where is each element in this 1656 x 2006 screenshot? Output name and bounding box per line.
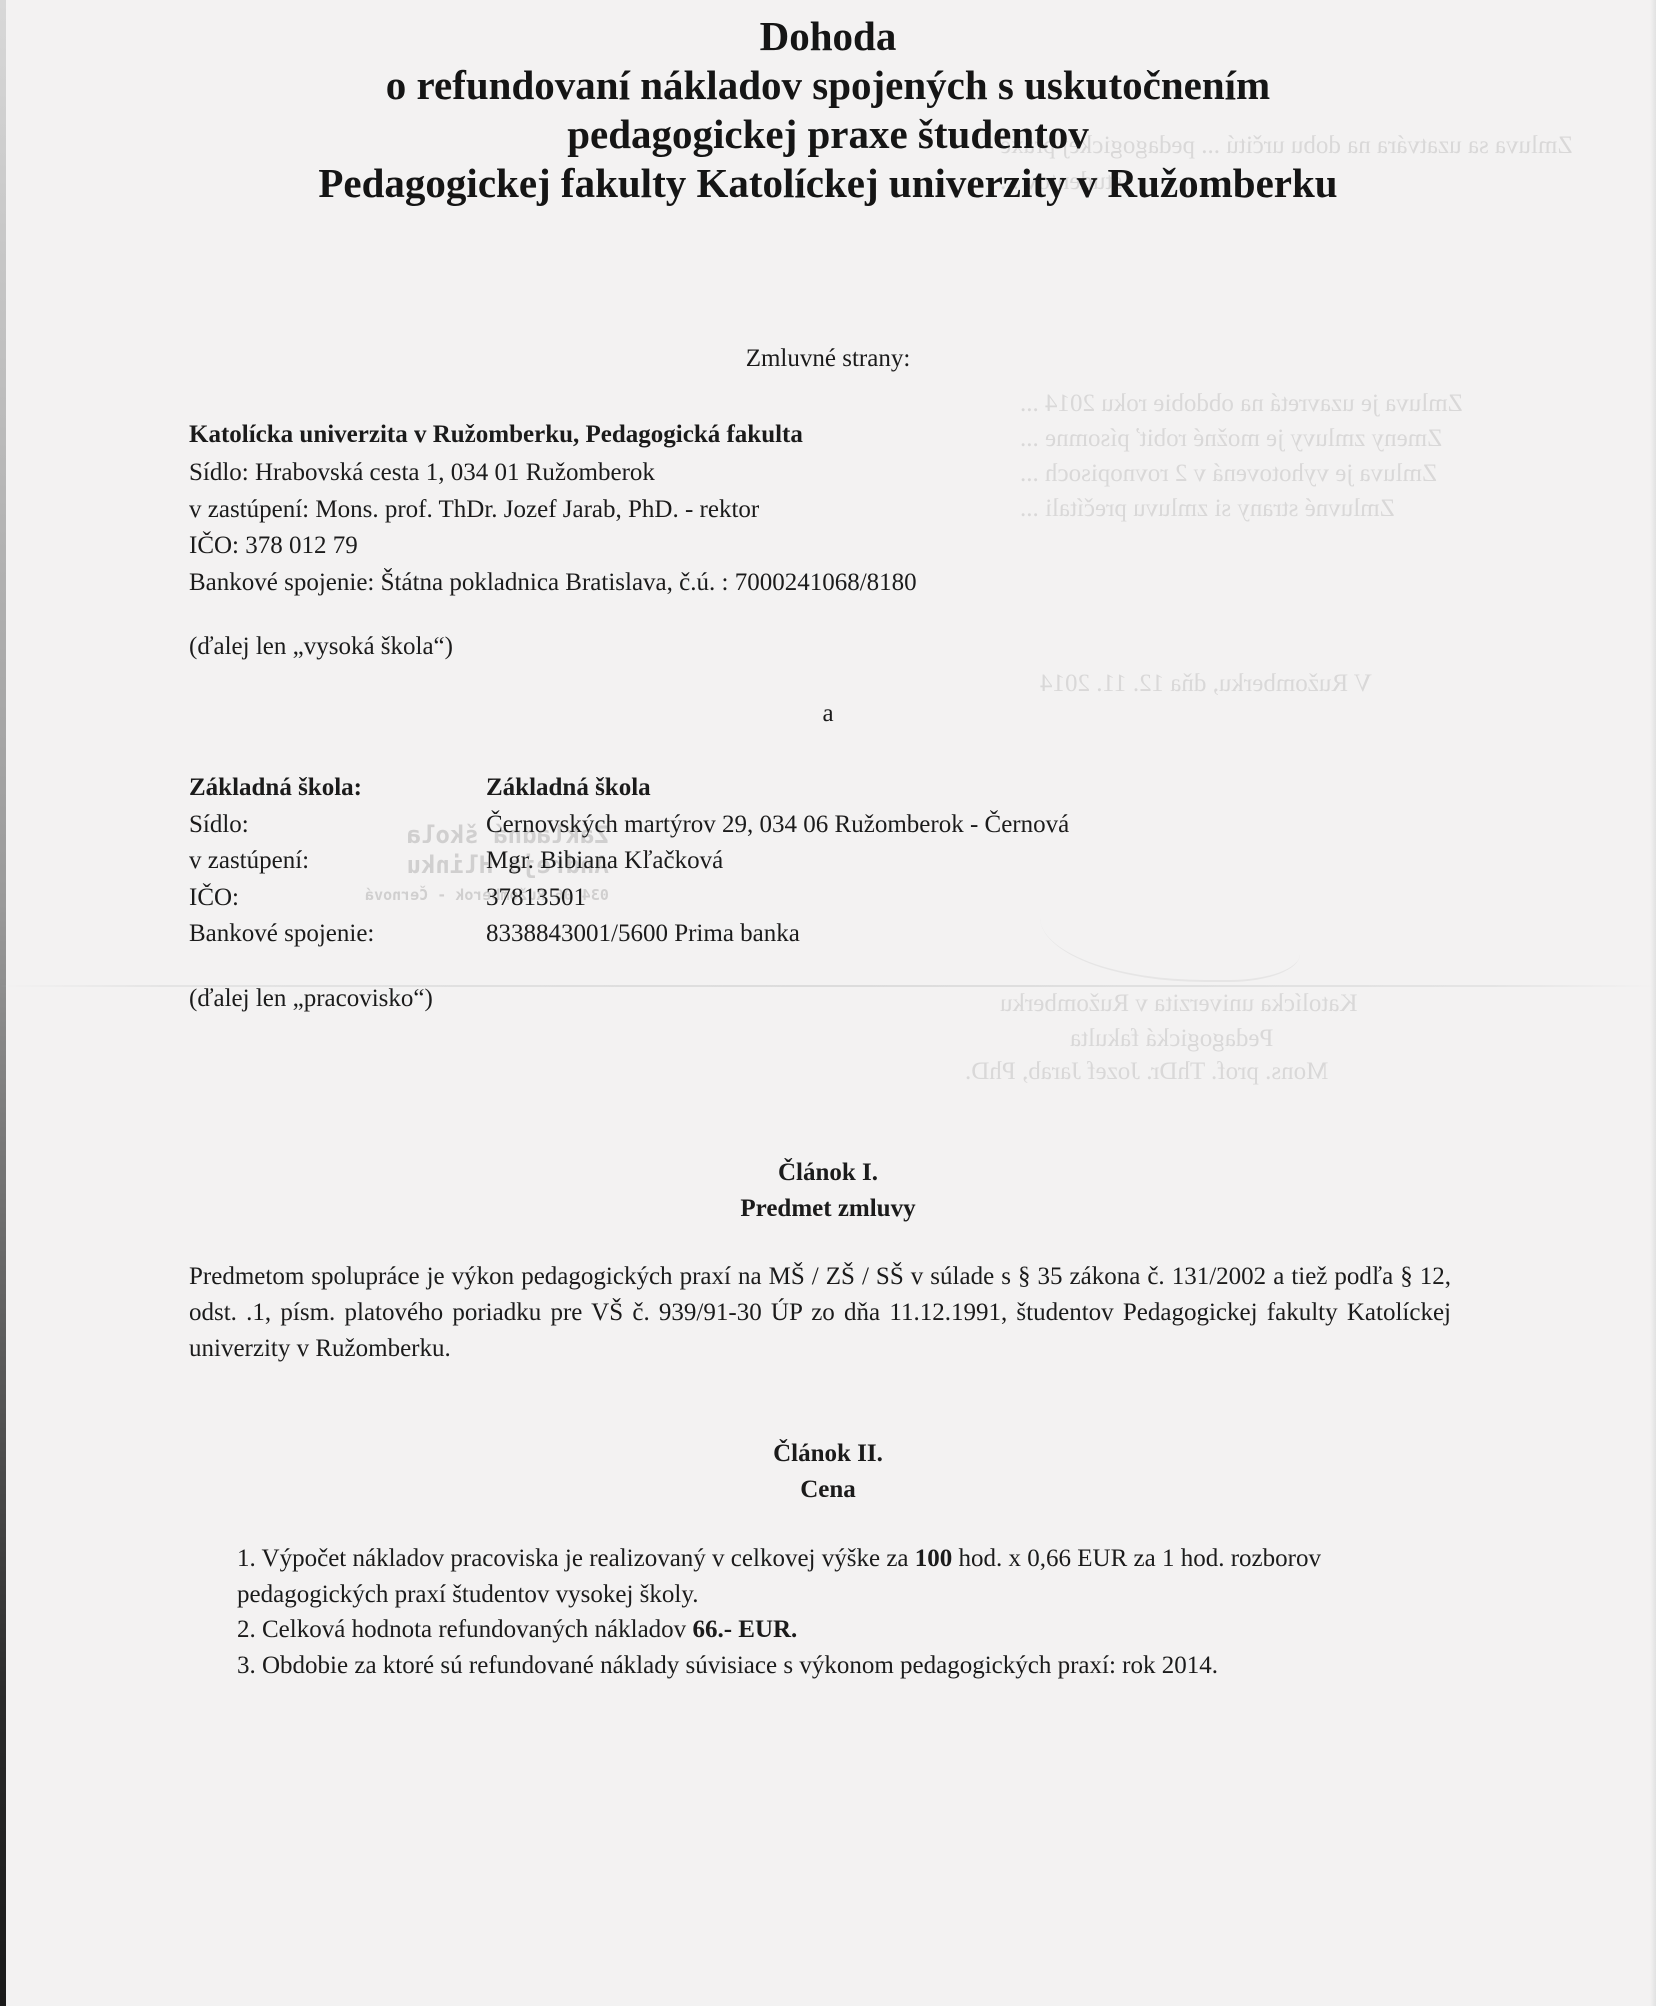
bleed-through-line: Pedagogická fakulta	[1070, 1025, 1273, 1053]
article2-list: 1. Výpočet nákladov pracoviska je realiz…	[237, 1541, 1467, 1683]
scan-edge-right	[1650, 0, 1656, 2006]
article1-number: Článok I.	[0, 1155, 1656, 1191]
party1-name: Katolícka univerzita v Ružomberku, Pedag…	[189, 421, 803, 449]
article2-heading: Článok II. Cena	[0, 1436, 1656, 1508]
party2-alias: (ďalej len „pracovisko“)	[189, 981, 433, 1018]
item-text: 1. Výpočet nákladov pracoviska je realiz…	[237, 1545, 915, 1572]
bleed-through-line: Zmeny zmluvy je možné robiť písomne ...	[1020, 425, 1442, 453]
party1-bank: Bankové spojenie: Štátna pokladnica Brat…	[189, 565, 917, 602]
article2-number: Článok II.	[0, 1436, 1656, 1472]
title-line: pedagogickej praxe študentov	[0, 110, 1656, 159]
list-item: 3. Obdobie za ktoré sú refundované nákla…	[237, 1648, 1467, 1684]
list-item: 2. Celková hodnota refundovaných náklado…	[237, 1612, 1467, 1648]
article1-text: Predmetom spolupráce je výkon pedagogick…	[189, 1259, 1451, 1367]
party2-label: v zastúpení:	[189, 843, 486, 880]
bleed-through-line: Katolícka univerzita v Ružomberku	[1000, 990, 1358, 1018]
party1-seat: Sídlo: Hrabovská cesta 1, 034 01 Ružombe…	[189, 455, 917, 492]
bleed-through-line: Zmluvné strany si zmluvu prečítali ...	[1020, 495, 1395, 523]
article1-heading: Článok I. Predmet zmluvy	[0, 1155, 1656, 1227]
title-line: o refundovaní nákladov spojených s uskut…	[0, 61, 1656, 110]
scan-edge-left	[0, 0, 6, 2006]
party2-label: Sídlo:	[189, 807, 486, 844]
party1-represented: v zastúpení: Mons. prof. ThDr. Jozef Jar…	[189, 492, 917, 529]
bleed-through-line: Zmluva je uzavretá na obdobie roku 2014 …	[1020, 390, 1463, 418]
party2-value: Mgr. Bibiana Kľačková	[486, 843, 723, 880]
item-text: 2. Celková hodnota refundovaných náklado…	[237, 1616, 692, 1643]
party2-row: IČO: 37813501	[189, 880, 1069, 917]
title-line: Dohoda	[0, 12, 1656, 61]
item-bold-value: 100	[915, 1545, 953, 1572]
article2-title: Cena	[0, 1472, 1656, 1508]
parties-heading: Zmluvné strany:	[0, 345, 1656, 373]
party2-value: 37813501	[486, 880, 586, 917]
party2-label: Bankové spojenie:	[189, 916, 486, 953]
party2-label: Základná škola:	[189, 770, 486, 807]
bleed-through-line: V Ružomberku, dňa 12. 11. 2014	[1040, 670, 1372, 698]
bleed-through-line: Mons. prof. ThDr. Jozef Jarab, PhD.	[965, 1058, 1328, 1086]
party2-row: Sídlo: Černovských martýrov 29, 034 06 R…	[189, 807, 1069, 844]
party1-details: Sídlo: Hrabovská cesta 1, 034 01 Ružombe…	[189, 455, 917, 601]
conjunction: a	[0, 700, 1656, 728]
party2-row: v zastúpení: Mgr. Bibiana Kľačková	[189, 843, 1069, 880]
party1-ico: IČO: 378 012 79	[189, 528, 917, 565]
party2-label: IČO:	[189, 880, 486, 917]
list-item: 1. Výpočet nákladov pracoviska je realiz…	[237, 1541, 1467, 1612]
title-line: Pedagogickej fakulty Katolíckej univerzi…	[0, 159, 1656, 208]
party2-row: Základná škola: Základná škola	[189, 770, 1069, 807]
party2-value: 8338843001/5600 Prima banka	[486, 916, 800, 953]
article1-title: Predmet zmluvy	[0, 1191, 1656, 1227]
party2-value: Černovských martýrov 29, 034 06 Ružomber…	[486, 807, 1069, 844]
party2-row: Bankové spojenie: 8338843001/5600 Prima …	[189, 916, 1069, 953]
party2-value: Základná škola	[486, 770, 651, 807]
bleed-through-line: Zmluva je vyhotovená v 2 rovnopisoch ...	[1020, 460, 1437, 488]
party2-details: Základná škola: Základná škola Sídlo: Če…	[189, 770, 1069, 953]
party1-alias: (ďalej len „vysoká škola“)	[189, 629, 453, 666]
item-text: 3. Obdobie za ktoré sú refundované nákla…	[237, 1652, 1218, 1679]
item-bold-value: 66.- EUR.	[692, 1616, 797, 1643]
document-title: Dohoda o refundovaní nákladov spojených …	[0, 12, 1656, 208]
signature-bleed-through	[1040, 880, 1300, 982]
